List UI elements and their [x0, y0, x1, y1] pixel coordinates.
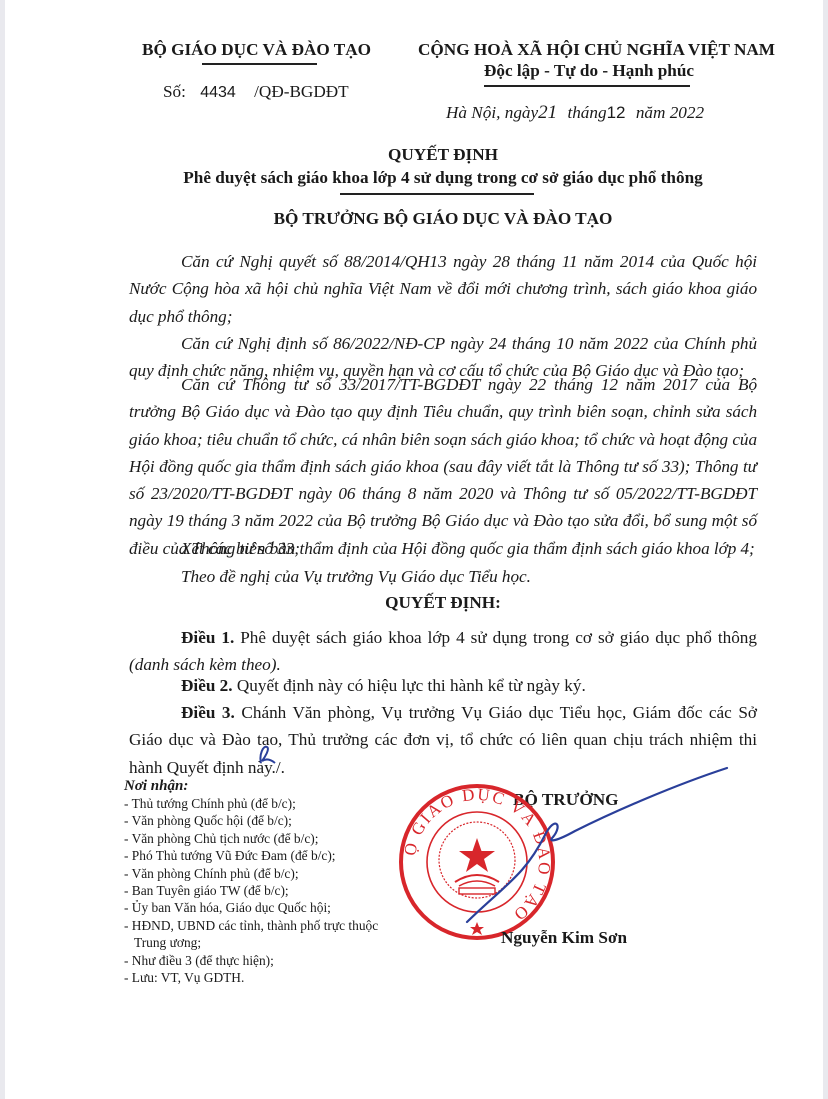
- recipient-item: - Văn phòng Chủ tịch nước (để b/c);: [124, 830, 384, 847]
- country-name: CỘNG HOÀ XÃ HỘI CHỦ NGHĨA VIỆT NAM: [418, 40, 760, 60]
- issue-year: năm 2022: [636, 103, 704, 122]
- issuing-authority: BỘ TRƯỞNG BỘ GIÁO DỤC VÀ ĐÀO TẠO: [129, 209, 757, 229]
- recipient-item: - Thủ tướng Chính phủ (để b/c);: [124, 795, 384, 812]
- document-type: QUYẾT ĐỊNH: [129, 145, 757, 165]
- article-1-text: Phê duyệt sách giáo khoa lớp 4 sử dụng t…: [234, 628, 757, 647]
- article-2-text: Quyết định này có hiệu lực thi hành kể t…: [233, 676, 586, 695]
- recipient-item: - Ban Tuyên giáo TW (để b/c);: [124, 882, 384, 899]
- recipient-item: - Như điều 3 (để thực hiện);: [124, 952, 384, 969]
- month-label: tháng: [567, 103, 606, 122]
- article-1: Điều 1. Phê duyệt sách giáo khoa lớp 4 s…: [129, 624, 757, 679]
- doc-number-value: 4434: [200, 84, 236, 101]
- preamble-proposal: Theo đề nghị của Vụ trưởng Vụ Giáo dục T…: [129, 563, 757, 590]
- subject-underline: [340, 193, 534, 195]
- doc-number-prefix: Số:: [163, 82, 186, 101]
- article-2: Điều 2. Quyết định này có hiệu lực thi h…: [129, 672, 757, 699]
- document-number: Số: 4434 /QĐ-BGDĐT: [163, 82, 349, 102]
- motto-underline: [484, 85, 690, 87]
- initial-signature-icon: [253, 741, 281, 767]
- recipients-list: - Thủ tướng Chính phủ (để b/c); - Văn ph…: [124, 795, 384, 986]
- ministry-name: BỘ GIÁO DỤC VÀ ĐÀO TẠO: [142, 40, 371, 60]
- preamble-resolution: Căn cứ Nghị quyết số 88/2014/QH13 ngày 2…: [129, 248, 757, 330]
- article-3-label: Điều 3.: [181, 703, 235, 722]
- recipient-item: - HĐND, UBND các tỉnh, thành phố trực th…: [124, 917, 384, 952]
- article-2-label: Điều 2.: [181, 676, 233, 695]
- national-motto: Độc lập - Tự do - Hạnh phúc: [418, 61, 760, 81]
- place-date-prefix: Hà Nội, ngày: [446, 103, 538, 122]
- document-page: BỘ GIÁO DỤC VÀ ĐÀO TẠO Số: 4434 /QĐ-BGDĐ…: [5, 0, 823, 1099]
- document-subject: Phê duyệt sách giáo khoa lớp 4 sử dụng t…: [129, 168, 757, 188]
- signer-name: Nguyễn Kim Sơn: [501, 928, 627, 948]
- recipient-item: - Ủy ban Văn hóa, Giáo dục Quốc hội;: [124, 899, 384, 916]
- doc-number-suffix: /QĐ-BGDĐT: [254, 82, 349, 101]
- recipient-item: - Văn phòng Quốc hội (để b/c);: [124, 812, 384, 829]
- preamble-circular: Căn cứ Thông tư số 33/2017/TT-BGDĐT ngày…: [129, 371, 757, 562]
- place-date: Hà Nội, ngày21 tháng12 năm 2022: [446, 102, 704, 124]
- handwritten-signature-icon: [445, 765, 745, 945]
- recipients-heading: Nơi nhận:: [124, 778, 188, 795]
- preamble-appraisal: Xét các biên bản thẩm định của Hội đồng …: [129, 535, 757, 562]
- decision-heading: QUYẾT ĐỊNH:: [129, 593, 757, 613]
- issue-day: 21: [538, 102, 557, 123]
- recipient-item: - Phó Thủ tướng Vũ Đức Đam (để b/c);: [124, 847, 384, 864]
- recipient-item: - Lưu: VT, Vụ GDTH.: [124, 969, 384, 986]
- issue-month: 12: [607, 103, 626, 122]
- recipient-item: - Văn phòng Chính phủ (để b/c);: [124, 865, 384, 882]
- article-1-label: Điều 1.: [181, 628, 234, 647]
- ministry-underline: [202, 63, 317, 65]
